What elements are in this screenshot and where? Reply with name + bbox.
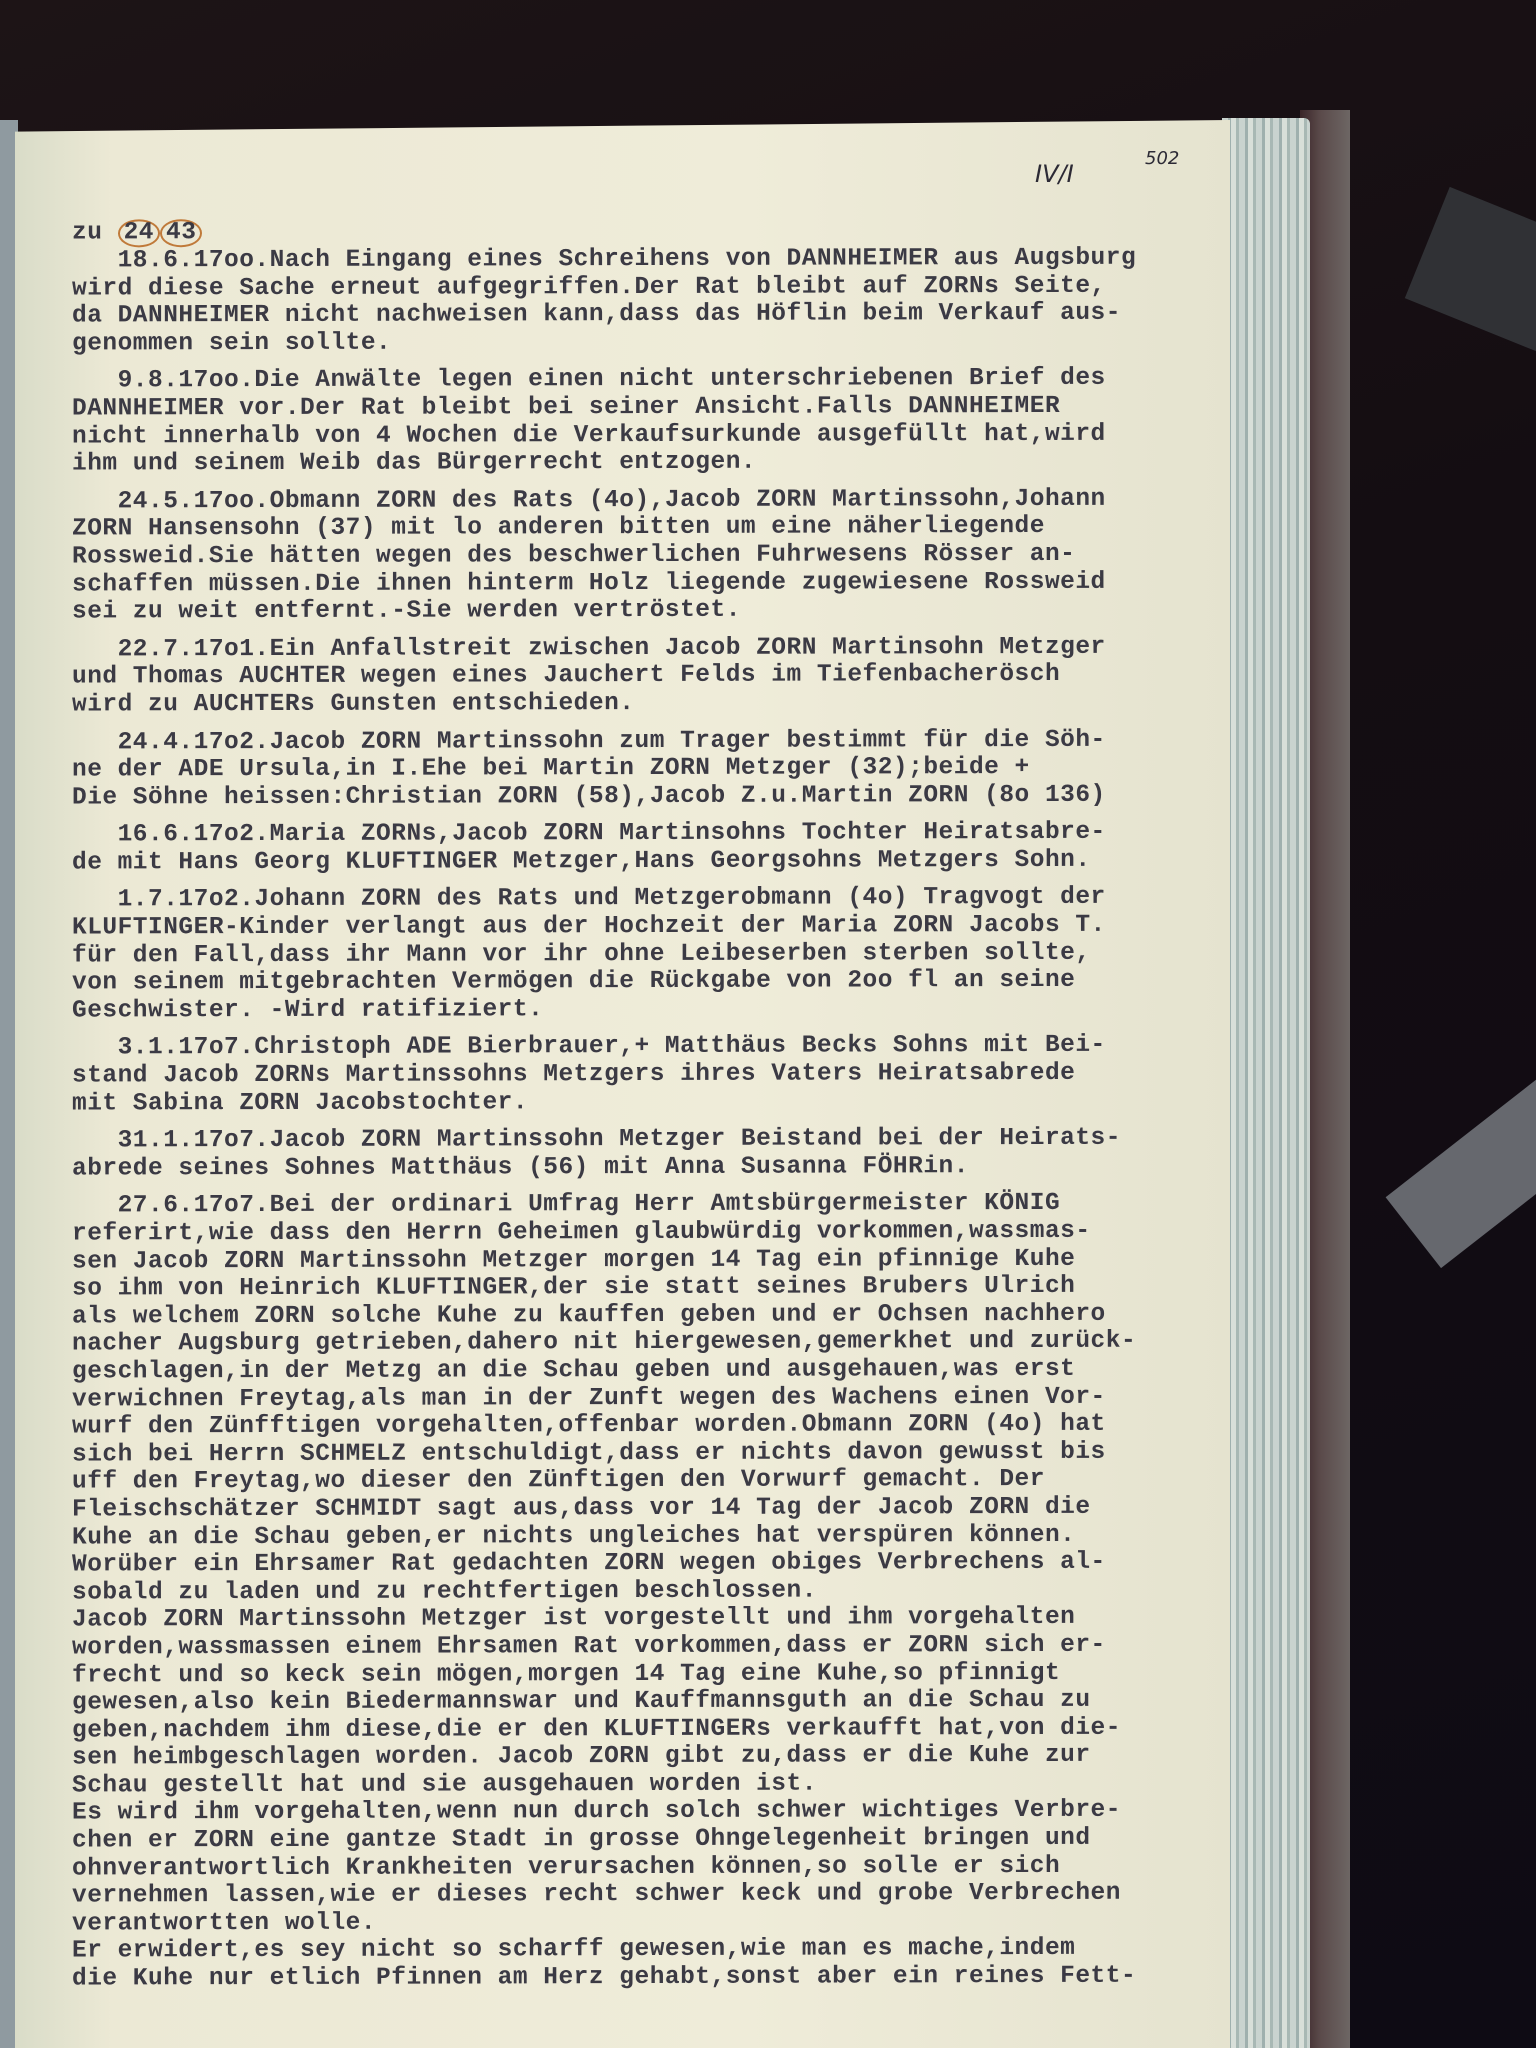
text-line: verantwortten wolle. bbox=[72, 1907, 1222, 1938]
background-strap bbox=[1405, 187, 1536, 373]
text-line: DANNHEIMER vor.Der Rat bleibt bei seiner… bbox=[72, 392, 1222, 423]
text-line: als welchem ZORN solche Kuhe zu kauffen … bbox=[72, 1300, 1222, 1331]
text-line: stand Jacob ZORNs Martinssohns Metzgers … bbox=[72, 1060, 1222, 1091]
text-line: ZORN Hansensohn (37) mit lo anderen bitt… bbox=[72, 513, 1222, 544]
text-line: 27.6.17o7.Bei der ordinari Umfrag Herr A… bbox=[72, 1190, 1222, 1221]
entry-16.6.17o2: 16.6.17o2.Maria ZORNs,Jacob ZORN Martins… bbox=[72, 819, 1222, 877]
text-line: chen er ZORN eine gantze Stadt in grosse… bbox=[72, 1825, 1222, 1856]
text-line: genommen sein sollte. bbox=[72, 327, 1222, 358]
text-line: verwichnen Freytag,als man in der Zunft … bbox=[72, 1383, 1222, 1414]
entry-24.4.17o2: 24.4.17o2.Jacob ZORN Martinssohn zum Tra… bbox=[72, 726, 1222, 812]
text-line: sich bei Herrn SCHMELZ entschuldigt,dass… bbox=[72, 1438, 1222, 1469]
text-line: 24.5.17oo.Obmann ZORN des Rats (4o),Jaco… bbox=[72, 485, 1222, 516]
document-body: zu 2443 18.6.17oo.Nach Eingang eines Sch… bbox=[72, 216, 1222, 2003]
text-line: Worüber ein Ehrsamer Rat gedachten ZORN … bbox=[72, 1549, 1222, 1580]
text-line: Kuhe an die Schau geben,er nichts unglei… bbox=[72, 1521, 1222, 1552]
text-line: worden,wassmassen einem Ehrsamen Rat vor… bbox=[72, 1631, 1222, 1662]
text-line: sen heimbgeschlagen worden. Jacob ZORN g… bbox=[72, 1742, 1222, 1773]
text-line: vernehmen lassen,wie er dieses recht sch… bbox=[72, 1880, 1222, 1911]
text-line: sen Jacob ZORN Martinssohn Metzger morge… bbox=[72, 1245, 1222, 1276]
text-line: Jacob ZORN Martinssohn Metzger ist vorge… bbox=[72, 1604, 1222, 1635]
volume-mark: IV/I bbox=[1035, 160, 1074, 188]
text-line: wird diese Sache erneut aufgegriffen.Der… bbox=[72, 272, 1222, 303]
text-line: frecht und so keck sein mögen,morgen 14 … bbox=[72, 1659, 1222, 1690]
text-line: Rossweid.Sie hätten wegen des beschwerli… bbox=[72, 540, 1222, 571]
text-line: da DANNHEIMER nicht nachweisen kann,dass… bbox=[72, 300, 1222, 331]
entry-3.1.17o7: 3.1.17o7.Christoph ADE Bierbrauer,+ Matt… bbox=[72, 1032, 1222, 1118]
text-line: Es wird ihm vorgehalten,wenn nun durch s… bbox=[72, 1797, 1222, 1828]
text-line: Schau gestellt hat und sie ausgehauen wo… bbox=[72, 1769, 1222, 1800]
entry-9.8.17oo: 9.8.17oo.Die Anwälte legen einen nicht u… bbox=[72, 365, 1222, 478]
text-line: Er erwidert,es sey nicht so scharff gewe… bbox=[72, 1935, 1222, 1966]
text-line: referirt,wie dass den Herrn Geheimen gla… bbox=[72, 1217, 1222, 1248]
text-line: abrede seines Sohnes Matthäus (56) mit A… bbox=[72, 1152, 1222, 1183]
text-line: 24.4.17o2.Jacob ZORN Martinssohn zum Tra… bbox=[72, 726, 1222, 757]
entry-22.7.17o1: 22.7.17o1.Ein Anfallstreit zwischen Jaco… bbox=[72, 633, 1222, 719]
reference-prefix: zu bbox=[72, 219, 102, 246]
text-line: ohnverantwortlich Krankheiten verursache… bbox=[72, 1852, 1222, 1883]
text-line: 1.7.17o2.Johann ZORN des Rats und Metzge… bbox=[72, 884, 1222, 915]
text-line: 16.6.17o2.Maria ZORNs,Jacob ZORN Martins… bbox=[72, 819, 1222, 850]
text-line: von seinem mitgebrachten Vermögen die Rü… bbox=[72, 967, 1222, 998]
reference-number-circled: 43 bbox=[160, 219, 202, 247]
reference-number-circled: 24 bbox=[118, 219, 160, 247]
text-line: sobald zu laden und zu rechtfertigen bes… bbox=[72, 1576, 1222, 1607]
text-line: ihm und seinem Weib das Bürgerrecht entz… bbox=[72, 448, 1222, 479]
page-stack-edges bbox=[1222, 118, 1310, 2048]
text-line: geben,nachdem ihm diese,die er den KLUFT… bbox=[72, 1714, 1222, 1745]
text-line: 22.7.17o1.Ein Anfallstreit zwischen Jaco… bbox=[72, 633, 1222, 664]
background-strap bbox=[1386, 1062, 1536, 1268]
text-line: schaffen müssen.Die ihnen hinterm Holz l… bbox=[72, 568, 1222, 599]
page-number: 502 bbox=[1145, 148, 1179, 169]
text-line: 31.1.17o7.Jacob ZORN Martinssohn Metzger… bbox=[72, 1125, 1222, 1156]
text-line: nicht innerhalb von 4 Wochen die Verkauf… bbox=[72, 420, 1222, 451]
text-line: geschlagen,in der Metzg an die Schau geb… bbox=[72, 1355, 1222, 1386]
text-line: uff den Freytag,wo dieser den Zünftigen … bbox=[72, 1466, 1222, 1497]
text-line: KLUFTINGER-Kinder verlangt aus der Hochz… bbox=[72, 912, 1222, 943]
text-line: und Thomas AUCHTER wegen eines Jauchert … bbox=[72, 661, 1222, 692]
text-line: de mit Hans Georg KLUFTINGER Metzger,Han… bbox=[72, 846, 1222, 877]
text-line: die Kuhe nur etlich Pfinnen am Herz geha… bbox=[72, 1963, 1222, 1994]
text-line: sei zu weit entfernt.-Sie werden vertrös… bbox=[72, 596, 1222, 627]
text-line: Die Söhne heissen:Christian ZORN (58),Ja… bbox=[72, 781, 1222, 812]
text-line: Fleischschätzer SCHMIDT sagt aus,dass vo… bbox=[72, 1493, 1222, 1524]
reference-line: zu 2443 bbox=[72, 216, 1222, 247]
text-line: 3.1.17o7.Christoph ADE Bierbrauer,+ Matt… bbox=[72, 1032, 1222, 1063]
entry-24.5.17oo: 24.5.17oo.Obmann ZORN des Rats (4o),Jaco… bbox=[72, 485, 1222, 626]
text-line: 9.8.17oo.Die Anwälte legen einen nicht u… bbox=[72, 365, 1222, 396]
text-line: mit Sabina ZORN Jacobstochter. bbox=[72, 1087, 1222, 1118]
text-line: für den Fall,dass ihr Mann vor ihr ohne … bbox=[72, 939, 1222, 970]
entry-18.6.17oo: 18.6.17oo.Nach Eingang eines Schreihens … bbox=[72, 244, 1222, 357]
text-line: 18.6.17oo.Nach Eingang eines Schreihens … bbox=[72, 244, 1222, 275]
entries: 18.6.17oo.Nach Eingang eines Schreihens … bbox=[72, 244, 1222, 1993]
text-line: gewesen,also kein Biedermannswar und Kau… bbox=[72, 1687, 1222, 1718]
entry-31.1.17o7: 31.1.17o7.Jacob ZORN Martinssohn Metzger… bbox=[72, 1125, 1222, 1183]
text-line: wird zu AUCHTERs Gunsten entschieden. bbox=[72, 688, 1222, 719]
text-line: so ihm von Heinrich KLUFTINGER,der sie s… bbox=[72, 1273, 1222, 1304]
entry-1.7.17o2: 1.7.17o2.Johann ZORN des Rats und Metzge… bbox=[72, 884, 1222, 1025]
text-line: wurf den Zünfftigen vorgehalten,offenbar… bbox=[72, 1411, 1222, 1442]
text-line: ne der ADE Ursula,in I.Ehe bei Martin ZO… bbox=[72, 754, 1222, 785]
text-line: Geschwister. -Wird ratifiziert. bbox=[72, 994, 1222, 1025]
text-line: nacher Augsburg getrieben,dahero nit hie… bbox=[72, 1328, 1222, 1359]
entry-27.6.17o7: 27.6.17o7.Bei der ordinari Umfrag Herr A… bbox=[72, 1190, 1222, 1993]
